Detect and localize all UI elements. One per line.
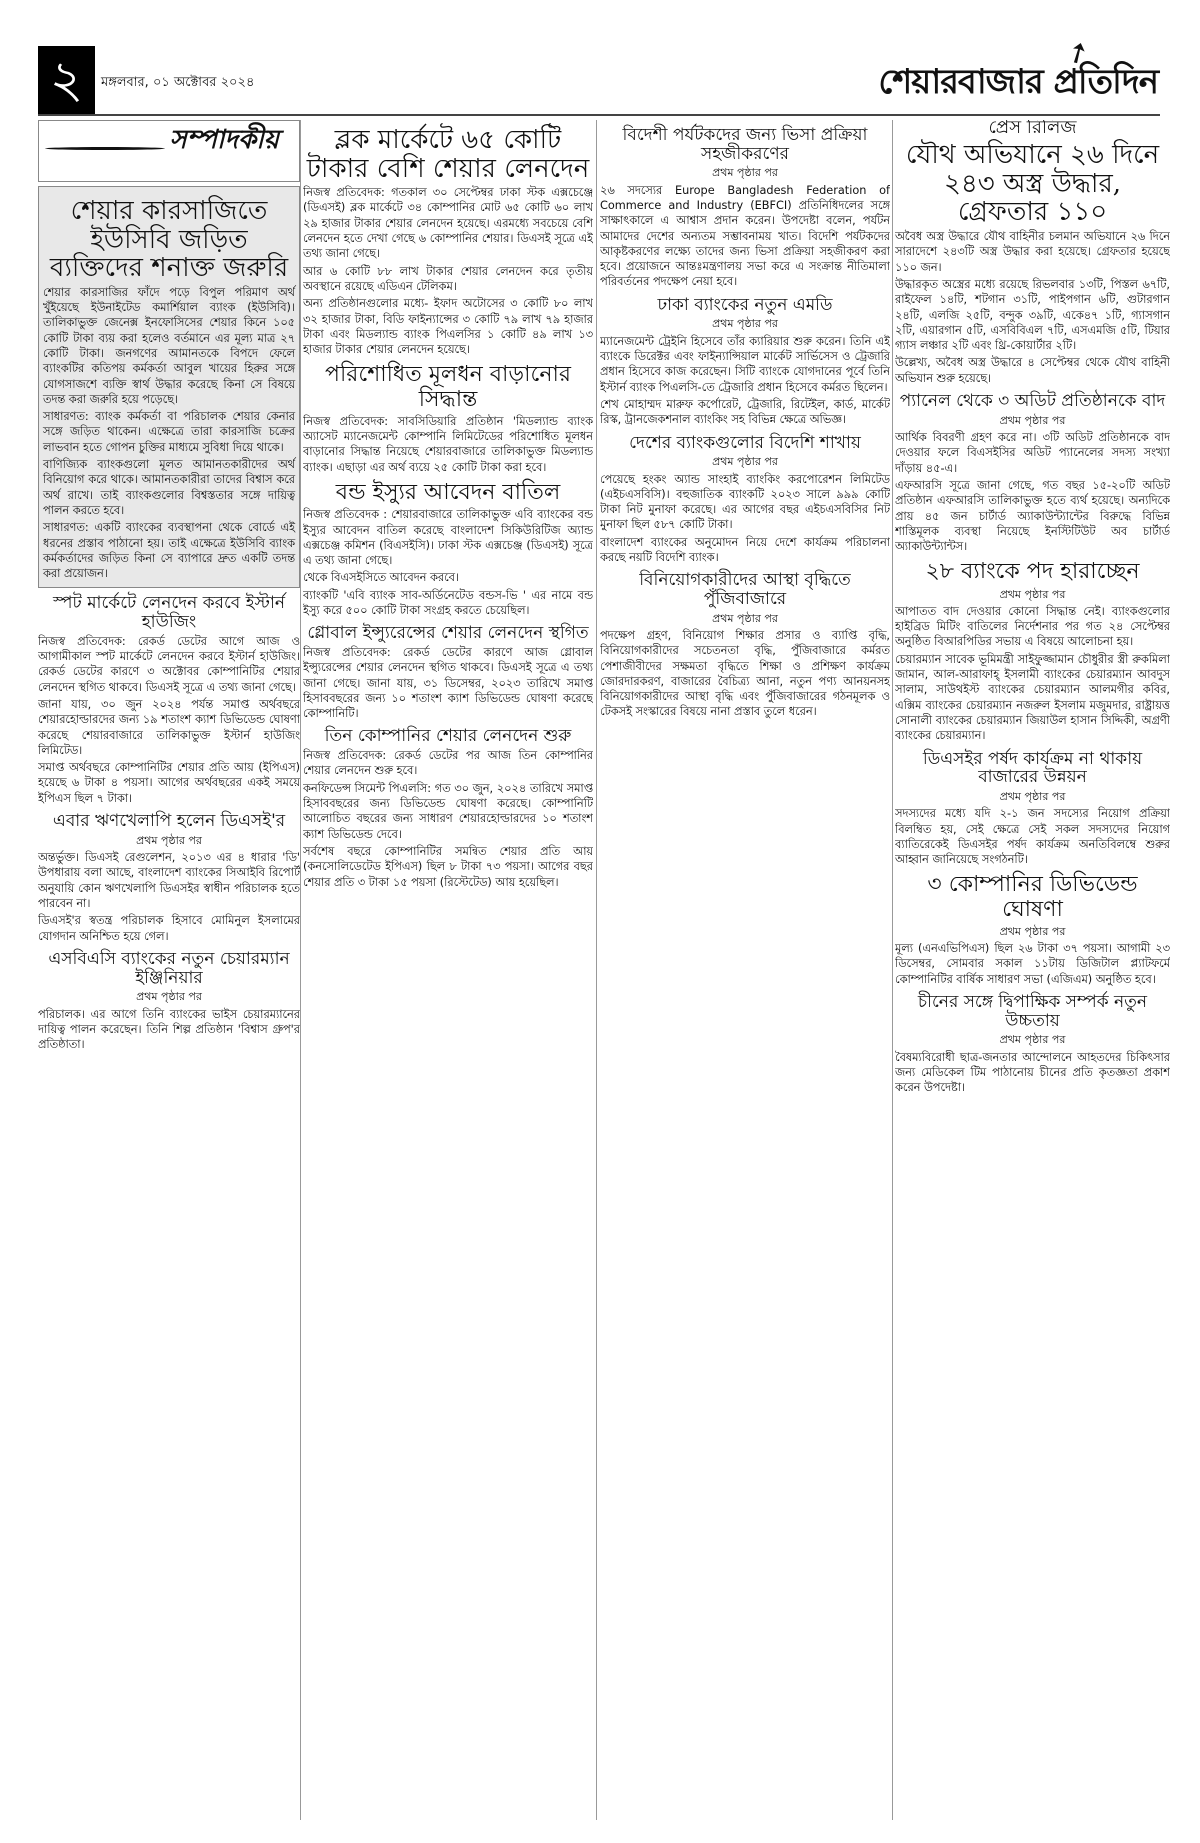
article-joint-operation: প্রেস রিলিজ যৌথ অভিযানে ২৬ দিনে ২৪৩ অস্ত… xyxy=(895,120,1170,386)
headline: বিনিয়োগকারীদের আস্থা বৃদ্ধিতে পুঁজিবাজা… xyxy=(600,571,890,608)
continued-label: প্রথম পৃষ্ঠার পর xyxy=(895,924,1170,939)
paragraph: আর ৬ কোটি ৮৮ লাখ টাকার শেয়ার লেনদেন করে… xyxy=(303,264,593,295)
paragraph: ডিএসই'র স্বতন্ত্র পরিচালক হিসাবে মোমিনুল… xyxy=(38,913,300,944)
article-paid-up-capital: পরিশোধিত মূলধন বাড়ানোর সিদ্ধান্ত নিজস্ব… xyxy=(303,363,593,475)
column-divider xyxy=(300,120,301,1820)
paragraph: ২৬ সদস্যের Europe Bangladesh Federation … xyxy=(600,183,890,290)
press-release-label: প্রেস রিলিজ xyxy=(895,120,1170,135)
column-1: সম্পাদকীয় শেয়ার কারসাজিতে ইউসিবি জড়িত… xyxy=(38,120,300,1820)
continued-label: প্রথম পৃষ্ঠার পর xyxy=(895,413,1170,428)
column-divider xyxy=(596,120,597,1820)
article-global-insurance: গ্লোবাল ইন্স্যুরেন্সের শেয়ার লেনদেন স্থ… xyxy=(303,624,593,721)
paragraph: উল্লেখ্য, অবৈধ অস্ত্র উদ্ধারে ৪ সেপ্টেম্… xyxy=(895,355,1170,386)
continued-label: প্রথম পৃষ্ঠার পর xyxy=(600,165,890,180)
paragraph: ম্যানেজমেন্ট ট্রেইনি হিসেবে তাঁর ক্যারিয… xyxy=(600,334,890,395)
column-3: বিদেশী পর্যটকদের জন্য ভিসা প্রক্রিয়া সহ… xyxy=(600,120,890,1820)
paragraph: ব্যাংকটি 'এবি ব্যাংক সাব-অর্ডিনেটেড বন্ড… xyxy=(303,588,593,619)
paragraph: নিজস্ব প্রতিবেদক: রেকর্ড ডেটের পর আজ তিন… xyxy=(303,748,593,779)
continued-label: প্রথম পৃষ্ঠার পর xyxy=(895,587,1170,602)
paragraph: নিজস্ব প্রতিবেদক: রেকর্ড ডেটের আগে আজ ও … xyxy=(38,634,300,695)
brand-logo: ➚ শেয়ারবাজার প্রতিদিন xyxy=(878,56,1158,113)
paragraph: পরিচালক। এর আগে তিনি ব্যাংকের ভাইস চেয়া… xyxy=(38,1007,300,1053)
continued-label: প্রথম পৃষ্ঠার পর xyxy=(38,833,300,848)
brand-name: শেয়ারবাজার প্রতিদিন xyxy=(878,62,1158,102)
decorative-stroke-icon xyxy=(45,147,165,150)
headline: প্যানেল থেকে ৩ অডিট প্রতিষ্ঠানকে বাদ xyxy=(895,392,1170,411)
article-bond-issue: বন্ড ইস্যুর আবেদন বাতিল নিজস্ব প্রতিবেদক… xyxy=(303,481,593,618)
editorial-headline: শেয়ার কারসাজিতে ইউসিবি জড়িত ব্যক্তিদের… xyxy=(43,197,295,283)
headline: যৌথ অভিযানে ২৬ দিনে ২৪৩ অস্ত্র উদ্ধার, গ… xyxy=(895,141,1170,227)
article-eastern-housing: স্পট মার্কেটে লেনদেন করবে ইস্টার্ন হাউজি… xyxy=(38,594,300,806)
paragraph: কনফিডেন্স সিমেন্ট পিএলসি: গত ৩০ জুন, ২০২… xyxy=(303,781,593,842)
headline: তিন কোম্পানির শেয়ার লেনদেন শুরু xyxy=(303,727,593,746)
paragraph: অন্য প্রতিষ্ঠানগুলোর মধ্যে- ইফাদ অটোসের … xyxy=(303,296,593,357)
paragraph: নিজস্ব প্রতিবেদক : শেয়ারবাজারে তালিকাভু… xyxy=(303,507,593,568)
continued-label: প্রথম পৃষ্ঠার পর xyxy=(600,611,890,626)
paragraph: এফআরসি সূত্রে জানা গেছে, গত বছর ১৫-২০টি … xyxy=(895,478,1170,554)
paragraph: সমাপ্ত অর্থবছরে কোম্পানিটির শেয়ার প্রতি… xyxy=(38,760,300,806)
article-dhaka-bank-md: ঢাকা ব্যাংকের নতুন এমডি প্রথম পৃষ্ঠার পর… xyxy=(600,296,890,428)
article-dse-board: ডিএসইর পর্ষদ কার্যক্রম না থাকায় বাজারের… xyxy=(895,750,1170,868)
article-china: চীনের সঙ্গে দ্বিপাক্ষিক সম্পর্ক নতুন উচ্… xyxy=(895,993,1170,1096)
article-three-companies: তিন কোম্পানির শেয়ার লেনদেন শুরু নিজস্ব … xyxy=(303,727,593,889)
column-divider xyxy=(892,120,893,1820)
paragraph: নিজস্ব প্রতিবেদক: রেকর্ড ডেটের কারণে আজ … xyxy=(303,645,593,721)
paragraph: সাধারণত: একটি ব্যাংকের ব্যবস্থাপনা থেকে … xyxy=(43,520,295,581)
headline: ২৮ ব্যাংকে পদ হারাচ্ছেন xyxy=(895,560,1170,584)
article-block-market: ব্লক মার্কেটে ৬৫ কোটি টাকার বেশি শেয়ার … xyxy=(303,126,593,357)
headline: স্পট মার্কেটে লেনদেন করবে ইস্টার্ন হাউজি… xyxy=(38,594,300,631)
paragraph: আর্থিক বিবরণী গ্রহণ করে না। ৩টি অডিট প্র… xyxy=(895,430,1170,476)
editorial-banner: সম্পাদকীয় xyxy=(38,120,300,182)
continued-label: প্রথম পৃষ্ঠার পর xyxy=(895,1032,1170,1047)
editorial-label: সম্পাদকীয় xyxy=(170,133,279,148)
continued-label: প্রথম পৃষ্ঠার পর xyxy=(895,789,1170,804)
page-number: ২ xyxy=(38,46,95,114)
paragraph: জানা যায়, ৩০ জুন ২০২৪ পর্যন্ত সমাপ্ত অর… xyxy=(38,697,300,758)
paragraph: অন্তর্ভুক্ত। ডিএসই রেগুলেশন, ২০১৩ এর ৪ ধ… xyxy=(38,850,300,911)
paragraph: শেয়ার কারসাজির ফাঁদে পড়ে বিপুল পরিমাণ … xyxy=(43,285,295,407)
paragraph: সদস্যদের মধ্যে যদি ২-১ জন সদস্যের নিয়োগ… xyxy=(895,806,1170,867)
continued-label: প্রথম পৃষ্ঠার পর xyxy=(600,316,890,331)
paragraph: চেয়ারম্যান সাবেক ভূমিমন্ত্রী সাইফুজ্জাম… xyxy=(895,652,1170,744)
article-dividend-3: ৩ কোম্পানির ডিভিডেন্ড ঘোষণা প্রথম পৃষ্ঠা… xyxy=(895,873,1170,987)
paragraph: উদ্ধারকৃত অস্ত্রের মধ্যে রয়েছে রিভলবার … xyxy=(895,277,1170,353)
paragraph: আপাতত বাদ দেওয়ার কোনো সিদ্ধান্ত নেই। ব্… xyxy=(895,604,1170,650)
paragraph: বৈষম্যবিরোধী ছাত্র-জনতার আন্দোলনে আহতদের… xyxy=(895,1050,1170,1096)
headline: পরিশোধিত মূলধন বাড়ানোর সিদ্ধান্ত xyxy=(303,363,593,411)
paragraph: বাংলাদেশ ব্যাংকের অনুমোদন নিয়ে দেশে কার… xyxy=(600,535,890,566)
paragraph: সর্বশেষ বছরে কোম্পানিটির সমন্বিত শেয়ার … xyxy=(303,844,593,890)
masthead: ২ মঙ্গলবার, ০১ অক্টোবর ২০২৪ ➚ শেয়ারবাজা… xyxy=(38,46,1168,114)
article-audit-panel: প্যানেল থেকে ৩ অডিট প্রতিষ্ঠানকে বাদ প্র… xyxy=(895,392,1170,554)
article-loan-defaulter: এবার ঋণখেলাপি হলেন ডিএসই'র প্রথম পৃষ্ঠার… xyxy=(38,812,300,944)
article-28-banks: ২৮ ব্যাংকে পদ হারাচ্ছেন প্রথম পৃষ্ঠার পর… xyxy=(895,560,1170,743)
paragraph: শেখ মোহাম্মদ মারুফ কর্পোরেট, ট্রেজারি, র… xyxy=(600,397,890,428)
continued-label: প্রথম পৃষ্ঠার পর xyxy=(600,454,890,469)
column-4: প্রেস রিলিজ যৌথ অভিযানে ২৬ দিনে ২৪৩ অস্ত… xyxy=(895,120,1170,1820)
article-investor-confidence: বিনিয়োগকারীদের আস্থা বৃদ্ধিতে পুঁজিবাজা… xyxy=(600,571,890,719)
continued-label: প্রথম পৃষ্ঠার পর xyxy=(38,989,300,1004)
headline: ৩ কোম্পানির ডিভিডেন্ড ঘোষণা xyxy=(895,873,1170,921)
issue-date: মঙ্গলবার, ০১ অক্টোবর ২০২৪ xyxy=(101,73,254,94)
paragraph: পদক্ষেপ গ্রহণ, বিনিয়োগ শিক্ষার প্রসার ও… xyxy=(600,628,890,720)
headline: ডিএসইর পর্ষদ কার্যক্রম না থাকায় বাজারের… xyxy=(895,750,1170,787)
headline: বিদেশী পর্যটকদের জন্য ভিসা প্রক্রিয়া সহ… xyxy=(600,126,890,163)
column-2: ব্লক মার্কেটে ৬৫ কোটি টাকার বেশি শেয়ার … xyxy=(303,120,593,1820)
masthead-rule xyxy=(38,114,1160,116)
paragraph: অবৈধ অস্ত্র উদ্ধারে যৌথ বাহিনীর চলমান অভ… xyxy=(895,229,1170,275)
paragraph: সাধারণত: ব্যাংক কর্মকর্তা বা পরিচালক শেয… xyxy=(43,409,295,455)
headline: ব্লক মার্কেটে ৬৫ কোটি টাকার বেশি শেয়ার … xyxy=(303,126,593,183)
headline: বন্ড ইস্যুর আবেদন বাতিল xyxy=(303,481,593,505)
headline: চীনের সঙ্গে দ্বিপাক্ষিক সম্পর্ক নতুন উচ্… xyxy=(895,993,1170,1030)
paragraph: থেকে বিএসইসিতে আবেদন করবে। xyxy=(303,570,593,585)
headline: গ্লোবাল ইন্স্যুরেন্সের শেয়ার লেনদেন স্থ… xyxy=(303,624,593,643)
article-sbac-chairman: এসবিএসি ব্যাংকের নতুন চেয়ারম্যান ইঞ্জিন… xyxy=(38,950,300,1053)
headline: ঢাকা ব্যাংকের নতুন এমডি xyxy=(600,296,890,315)
paragraph: মূল্য (এনএভিপিএস) ছিল ২৬ টাকা ৩৭ পয়সা। … xyxy=(895,941,1170,987)
article-foreign-branches: দেশের ব্যাংকগুলোর বিদেশি শাখায় প্রথম পৃ… xyxy=(600,434,890,566)
paragraph: নিজস্ব প্রতিবেদক: গতকাল ৩০ সেপ্টেম্বর ঢা… xyxy=(303,185,593,261)
paragraph: পেয়েছে হংকং অ্যান্ড সাংহাই ব্যাংকিং করপ… xyxy=(600,472,890,533)
paragraph: বাণিজ্যিক ব্যাংকগুলো মূলত আমানতকারীদের অ… xyxy=(43,457,295,518)
headline: দেশের ব্যাংকগুলোর বিদেশি শাখায় xyxy=(600,434,890,453)
headline: এসবিএসি ব্যাংকের নতুন চেয়ারম্যান ইঞ্জিন… xyxy=(38,950,300,987)
headline: এবার ঋণখেলাপি হলেন ডিএসই'র xyxy=(38,812,300,831)
article-visa: বিদেশী পর্যটকদের জন্য ভিসা প্রক্রিয়া সহ… xyxy=(600,126,890,290)
paragraph: নিজস্ব প্রতিবেদক: সাবসিডিয়ারি প্রতিষ্ঠা… xyxy=(303,414,593,475)
editorial-article: শেয়ার কারসাজিতে ইউসিবি জড়িত ব্যক্তিদের… xyxy=(38,186,300,588)
